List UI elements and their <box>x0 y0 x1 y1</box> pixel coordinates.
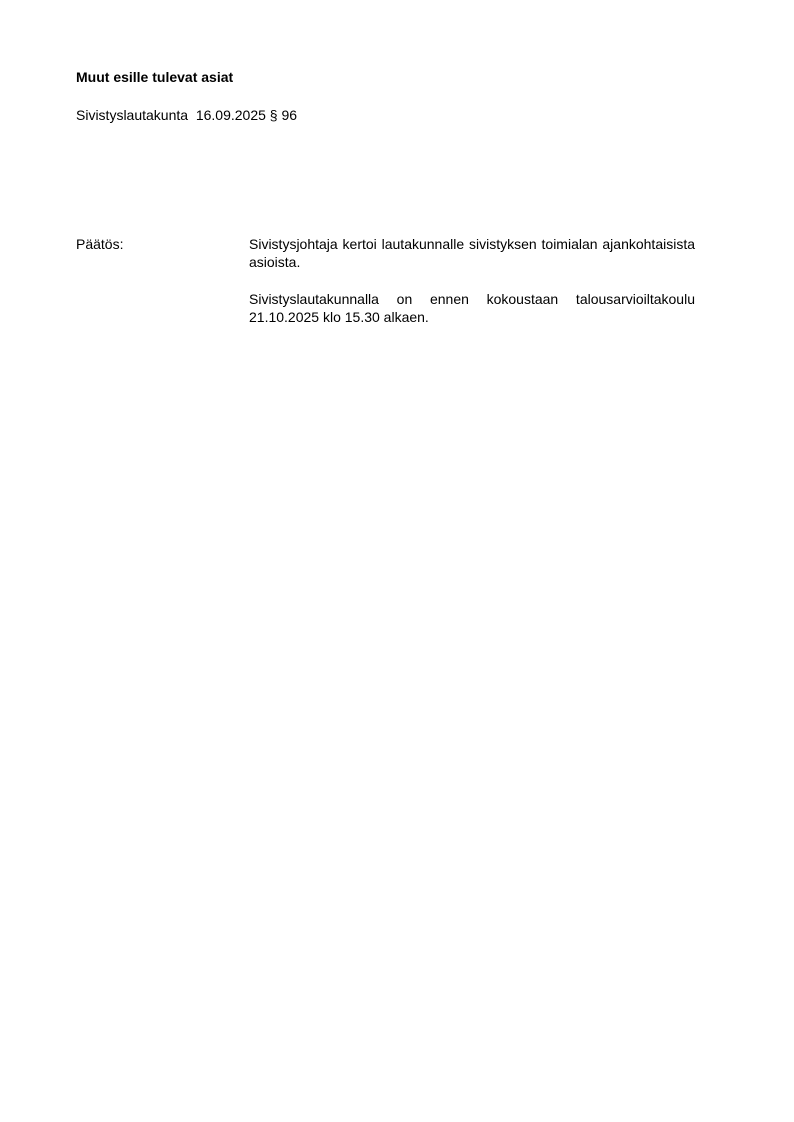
meeting-reference: Sivistyslautakunta 16.09.2025 § 96 <box>76 106 297 124</box>
decision-text: Sivistysjohtaja kertoi lautakunnalle siv… <box>249 235 695 345</box>
section-title: Muut esille tulevat asiat <box>76 68 233 86</box>
decision-label: Päätös: <box>76 235 123 253</box>
decision-paragraph: Sivistyslautakunnalla on ennen kokoustaa… <box>249 290 695 326</box>
decision-paragraph: Sivistysjohtaja kertoi lautakunnalle siv… <box>249 235 695 271</box>
